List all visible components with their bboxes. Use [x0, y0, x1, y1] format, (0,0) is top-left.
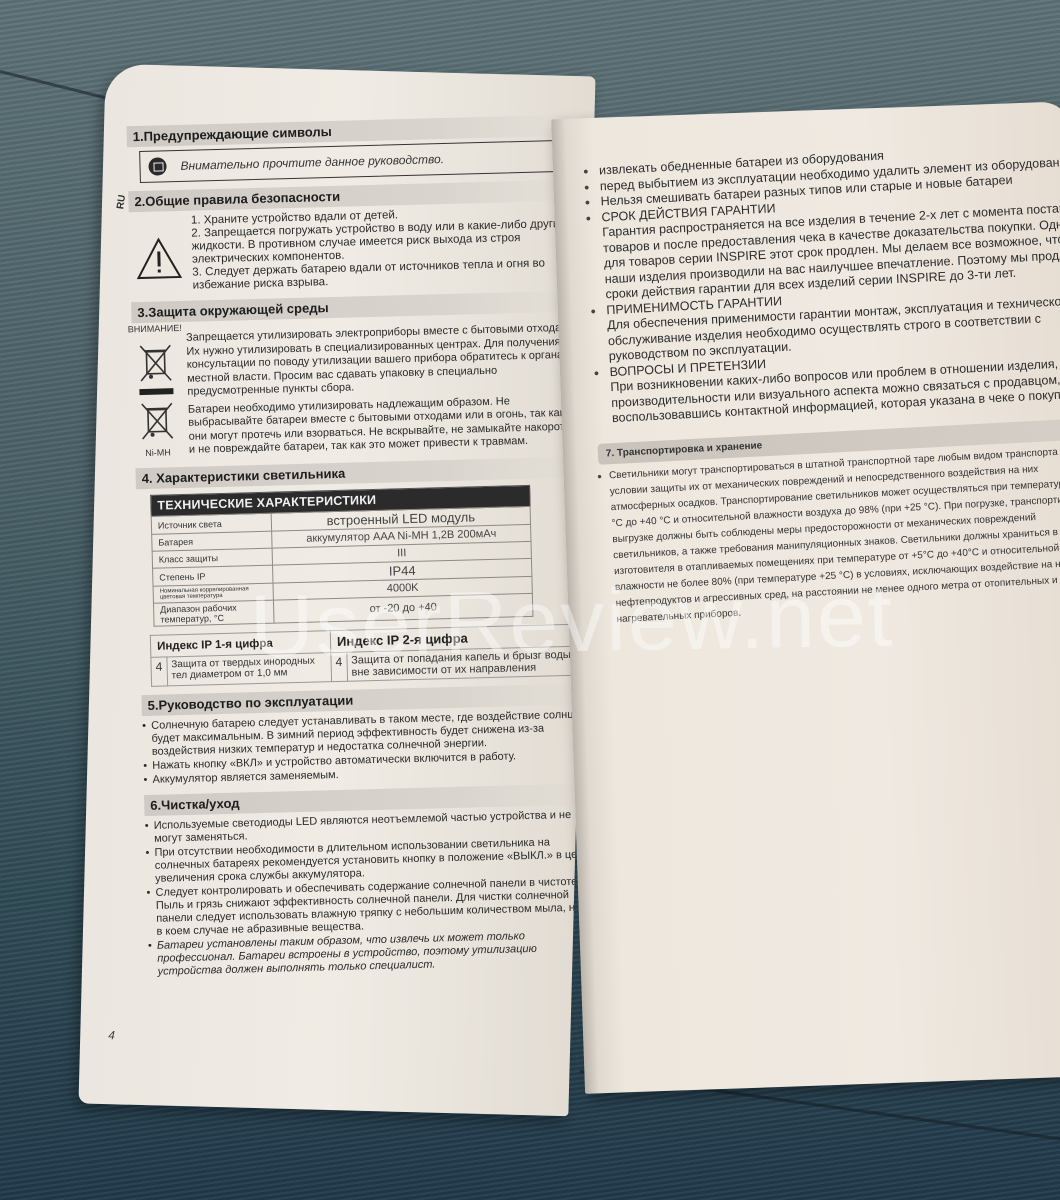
technical-specs-table: ТЕХНИЧЕСКИЕ ХАРАКТЕРИСТИКИ Источник свет…: [150, 485, 533, 627]
environment-block: ВНИМАНИЕ! Ni-MH: [132, 311, 585, 460]
battery-type-label: Ni-MH: [145, 446, 171, 460]
read-manual-notice: Внимательно прочтите данное руководство.: [139, 140, 578, 183]
transport-storage-text: Светильники могут транспортироваться в ш…: [599, 442, 1060, 628]
ip-first-digit-value: 4: [151, 657, 167, 686]
notice-text: Внимательно прочтите данное руководство.: [180, 152, 444, 173]
attention-label: ВНИМАНИЕ!: [128, 322, 182, 337]
safety-rules-list: 1. Храните устройство вдали от детей. 2.…: [191, 205, 581, 293]
ip-second-digit-value: 4: [331, 652, 347, 681]
separate-collection-bar-icon: [139, 388, 173, 395]
cleaning-list: Используемые светодиоды LED являются нео…: [145, 808, 596, 979]
booklet-left-page: RU 1.Предупреждающие символы Внимательно…: [78, 64, 595, 1116]
battery-disposal-text: Батареи необходимо утилизировать надлежа…: [188, 393, 585, 457]
language-label: RU: [115, 194, 128, 210]
ip-index-table: Индекс IP 1-я цифра Индекс IP 2-я цифра …: [150, 623, 591, 687]
page-number: 4: [108, 1028, 115, 1042]
electronics-disposal-text: Запрещается утилизировать электроприборы…: [186, 321, 584, 399]
crossed-battery-bin-icon: [139, 400, 176, 441]
warning-triangle-icon: [135, 237, 182, 280]
operation-list: Солнечную батарею следует устанавливать …: [142, 708, 594, 787]
warranty-list: извлекать обедненные батареи из оборудов…: [583, 138, 1060, 427]
left-page-content: RU 1.Предупреждающие символы Внимательно…: [126, 107, 595, 980]
ip-first-digit-desc: Защита от твердых инородных тел диаметро…: [167, 653, 332, 686]
spec-key: Диапазон рабочих температур, °C: [153, 600, 274, 626]
book-icon: [148, 157, 166, 175]
booklet-right-page: извлекать обедненные батареи из оборудов…: [551, 101, 1060, 1094]
ip-second-digit-desc: Защита от попадания капель и брызг воды …: [346, 646, 590, 681]
crossed-bin-icon: [137, 342, 174, 383]
right-page-content: извлекать обедненные батареи из оборудов…: [583, 138, 1060, 628]
